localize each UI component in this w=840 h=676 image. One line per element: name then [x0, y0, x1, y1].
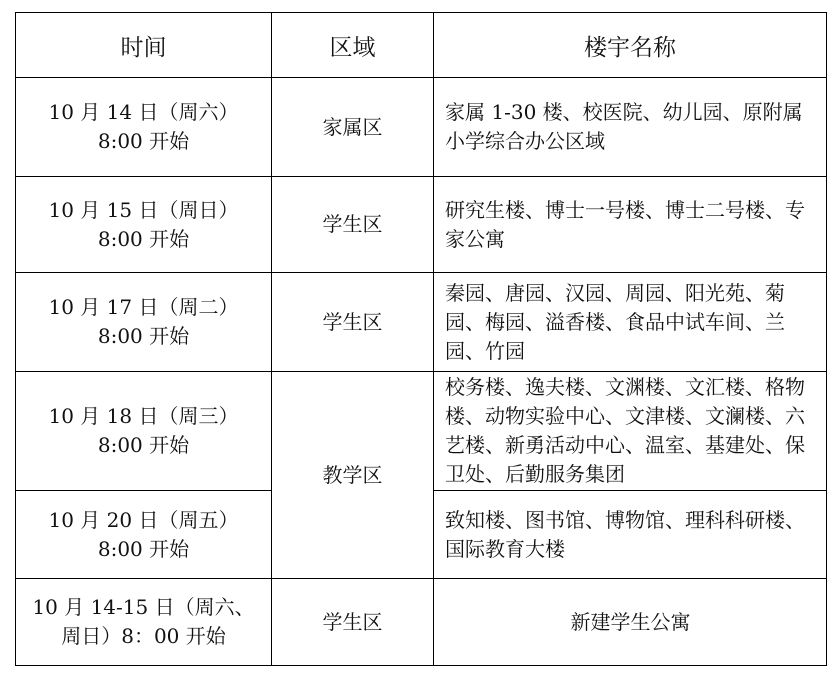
start-time-text: 8:00 开始 [16, 225, 271, 254]
start-time-text: 8:00 开始 [16, 535, 271, 564]
date-text: 10 月 14 日（周六） [16, 98, 271, 127]
table-row: 10 月 15 日（周日） 8:00 开始 学生区 研究生楼、博士一号楼、博士二… [16, 177, 827, 273]
area-cell: 教学区 [272, 372, 434, 579]
date-text: 10 月 14-15 日（周六、 [16, 593, 271, 622]
buildings-cell: 校务楼、逸夫楼、文渊楼、文汇楼、格物楼、动物实验中心、文津楼、文澜楼、六艺楼、新… [434, 372, 827, 491]
buildings-cell: 新建学生公寓 [434, 579, 827, 666]
date-text: 10 月 18 日（周三） [16, 402, 271, 431]
table-row: 10 月 17 日（周二） 8:00 开始 学生区 秦园、唐园、汉园、周园、阳光… [16, 273, 827, 372]
buildings-cell: 致知楼、图书馆、博物馆、理科科研楼、国际教育大楼 [434, 491, 827, 579]
buildings-cell: 秦园、唐园、汉园、周园、阳光苑、菊园、梅园、溢香楼、食品中试车间、兰园、竹园 [434, 273, 827, 372]
time-cell: 10 月 14 日（周六） 8:00 开始 [16, 78, 272, 177]
header-row: 时间 区域 楼宇名称 [16, 13, 827, 78]
header-area: 区域 [272, 13, 434, 78]
header-time: 时间 [16, 13, 272, 78]
table-row: 10 月 14 日（周六） 8:00 开始 家属区 家属 1-30 楼、校医院、… [16, 78, 827, 177]
table-row: 10 月 14-15 日（周六、 周日）8：00 开始 学生区 新建学生公寓 [16, 579, 827, 666]
time-cell: 10 月 17 日（周二） 8:00 开始 [16, 273, 272, 372]
area-cell: 学生区 [272, 579, 434, 666]
area-cell: 家属区 [272, 78, 434, 177]
time-cell: 10 月 20 日（周五） 8:00 开始 [16, 491, 272, 579]
area-cell: 学生区 [272, 273, 434, 372]
area-cell: 学生区 [272, 177, 434, 273]
time-cell: 10 月 18 日（周三） 8:00 开始 [16, 372, 272, 491]
start-time-text: 8:00 开始 [16, 431, 271, 460]
header-buildings: 楼宇名称 [434, 13, 827, 78]
date-text: 10 月 17 日（周二） [16, 293, 271, 322]
table-row: 10 月 18 日（周三） 8:00 开始 教学区 校务楼、逸夫楼、文渊楼、文汇… [16, 372, 827, 491]
time-cell: 10 月 15 日（周日） 8:00 开始 [16, 177, 272, 273]
buildings-cell: 研究生楼、博士一号楼、博士二号楼、专家公寓 [434, 177, 827, 273]
start-time-text: 8:00 开始 [16, 127, 271, 156]
start-time-text: 周日）8：00 开始 [16, 622, 271, 651]
time-cell: 10 月 14-15 日（周六、 周日）8：00 开始 [16, 579, 272, 666]
schedule-table: 时间 区域 楼宇名称 10 月 14 日（周六） 8:00 开始 家属区 家属 … [15, 12, 827, 666]
start-time-text: 8:00 开始 [16, 322, 271, 351]
buildings-cell: 家属 1-30 楼、校医院、幼儿园、原附属小学综合办公区域 [434, 78, 827, 177]
date-text: 10 月 15 日（周日） [16, 196, 271, 225]
date-text: 10 月 20 日（周五） [16, 506, 271, 535]
